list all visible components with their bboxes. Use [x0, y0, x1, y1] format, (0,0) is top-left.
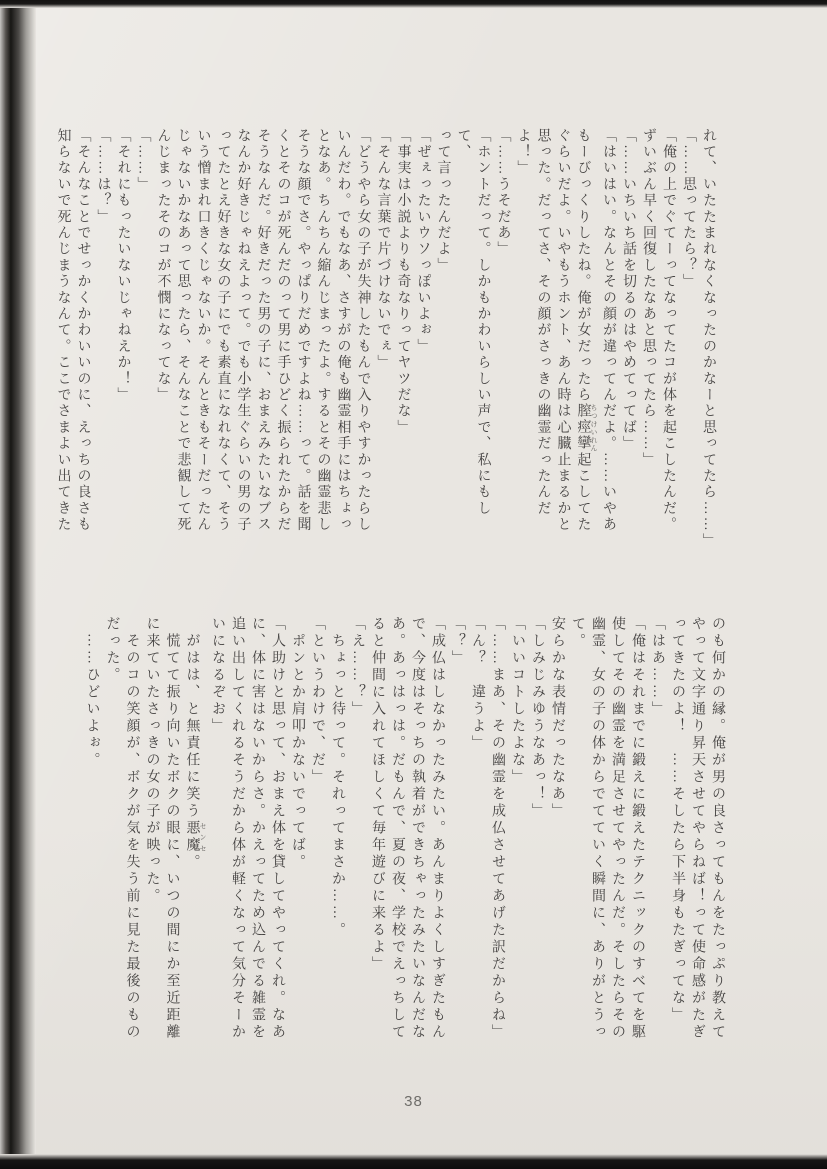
- text-column: ……ひどいよぉ。: [82, 616, 102, 1058]
- text-column: ってたとえ好きな女の子にでも素直になれなくて、そう: [213, 128, 233, 544]
- text-column: ってきたのよ！ ……そしたら下半身もたぎってな」: [667, 616, 687, 1058]
- text-column: 「……は？」: [93, 128, 113, 544]
- text-column: 「人助けと思って、おまえ体を貸してやってくれ。なあ: [267, 616, 287, 1058]
- text-column: 「……うそだあ」: [493, 128, 513, 544]
- text-column: 「俺はそれまでに鍛えに鍛えたテクニックのすべてを駆: [627, 616, 647, 1058]
- text-column: って言ったんだよ」: [433, 128, 453, 544]
- text-column: 「事実は小説よりも奇なりってヤツだな」: [393, 128, 413, 544]
- text-column: いになるぞお」: [207, 616, 227, 1058]
- text-column: 「……」: [133, 128, 153, 544]
- text-column: 「成仏はしなかったみたい。あんまりよくしすぎたもん: [427, 616, 447, 1058]
- text-column: いんだわ。でもなあ、さすがの俺も幽霊相手にはちょっ: [333, 128, 353, 544]
- text-column: 「ぜぇったいウソっぽいよぉ」: [413, 128, 433, 544]
- text-column: 使してその幽霊を満足させてやったんだ。そしたらその: [607, 616, 627, 1058]
- text-column: ぐらいだよ。いやもうホント、あん時は心臓止まるかと: [553, 128, 573, 544]
- text-column: 安らかな表情だったなあ」: [547, 616, 567, 1058]
- text-column: 「はあ……」: [647, 616, 667, 1058]
- lower-text-block: のも何かの縁。俺が男の良さってもんをたっぷり教えてやって文字通り昇天させてやらね…: [82, 616, 728, 1058]
- text-column: 追い出してくれるそうだから体が軽くなって気分そーか: [227, 616, 247, 1058]
- scan-shadow-left: [0, 0, 36, 1169]
- text-column: 幽霊、女の子の体からでてていく瞬間に、ありがとうって。: [567, 616, 607, 1058]
- text-column: そうな顔でさ。やっぱりだめですよね……って。話を聞: [293, 128, 313, 544]
- text-column: 「……いちいち話を切るのはやめてってば」: [618, 128, 638, 544]
- text-column: 「それにもったいないじゃねえか！」: [113, 128, 133, 544]
- text-column: 「……思ってたら？」: [678, 128, 698, 544]
- text-column: あ。あっはっは。だもんで、夏の夜、学校でえっちして: [387, 616, 407, 1058]
- text-column: 「俺の上でぐてーってなってたコが体を起こしたんだ。: [658, 128, 678, 544]
- text-column: 「そんなことでせっかくかわいいのに、えっちの良さも: [73, 128, 93, 544]
- text-column: やって文字通り昇天させてやらねば！って使命感がたぎ: [687, 616, 707, 1058]
- text-column: 「？」: [447, 616, 467, 1058]
- text-column: れて、いたたまれなくなったのかなーと思ってたら……」: [698, 128, 718, 544]
- text-column: 思った。だってさ、その顔がさっきの幽霊だったんだよ！」: [513, 128, 553, 544]
- text-column: ポンとか肩叩かないでってば。: [287, 616, 307, 1058]
- text-column: くとそのコが死んだのって男に手ひどく振られたからだ: [273, 128, 293, 544]
- text-column: 「いいコトしたよな」: [507, 616, 527, 1058]
- text-column: んじまったそのコが不憫になってな」: [153, 128, 173, 544]
- text-column: となあ。ちんちん縮んじまったよ。するとその幽霊悲し: [313, 128, 333, 544]
- text-column: もーびっくりしたね。俺が女だったら膣痙攣ちつけいれん起こしてた: [573, 128, 599, 544]
- text-column: そのコの笑顔が、ボクが気を失う前に見た最後のもの: [122, 616, 142, 1058]
- text-column: 「そんな言葉で片づけないでぇ」: [373, 128, 393, 544]
- text-column: 「どうやら女の子が失神したもんで入りやすかったらし: [353, 128, 373, 544]
- text-column: 知らないで死んじまうなんて。ここでさまよい出てきた: [53, 128, 73, 544]
- text-column: 「ん？ 違うよ」: [467, 616, 487, 1058]
- text-column: ちょっと待って。それってまさか……。: [327, 616, 347, 1058]
- text-column: のも何かの縁。俺が男の良さってもんをたっぷり教えて: [707, 616, 727, 1058]
- text-column: がはは、と無責任に笑う悪魔センセ。: [182, 616, 208, 1058]
- text-column: 「はいはい。なんとその顔が違ってんだよ。……いやあ: [598, 128, 618, 544]
- text-column: で、今度はそっちの執着ができちゃったみたいなんだな: [407, 616, 427, 1058]
- text-column: ると仲間に入れてほしくて毎年遊びに来るよ」: [367, 616, 387, 1058]
- upper-text-block: れて、いたたまれなくなったのかなーと思ってたら……」「……思ってたら？」「俺の上…: [53, 128, 719, 544]
- text-column: に来ていたさっきの女の子が映った。: [142, 616, 162, 1058]
- text-column: だった。: [102, 616, 122, 1058]
- text-column: 「ホントだって。しかもかわいらしい声で、私にもして、: [453, 128, 493, 544]
- scanned-book-page: れて、いたたまれなくなったのかなーと思ってたら……」「……思ってたら？」「俺の上…: [0, 0, 827, 1169]
- text-column: いう憎まれ口きくじゃないか。そんときもそーだったん: [193, 128, 213, 544]
- scan-shadow-top: [0, 0, 827, 8]
- text-column: 「しみじみゆうなあっ！」: [527, 616, 547, 1058]
- scan-shadow-bottom: [0, 1154, 827, 1169]
- text-column: 「……まあ、その幽霊を成仏させてあげた訳だからね」: [487, 616, 507, 1058]
- text-column: 「え……？」: [347, 616, 367, 1058]
- text-column: そうなんだ。好きだった男の子に、おまえみたいなブス: [253, 128, 273, 544]
- text-column: 「というわけで、だ」: [307, 616, 327, 1058]
- text-column: なんか好きじゃねえよって。でも小学生ぐらいの男の子: [233, 128, 253, 544]
- text-column: 慌てて振り向いたボクの眼に、いつの間にか至近距離: [162, 616, 182, 1058]
- text-column: に、体に害はないからさ。かえってため込んでる雑霊を: [247, 616, 267, 1058]
- text-column: じゃないかなあって思ったら、そんなことで悲観して死: [173, 128, 193, 544]
- page-number: 38: [0, 1093, 827, 1110]
- text-column: ずいぶん早く回復したなあと思ってたら……」: [638, 128, 658, 544]
